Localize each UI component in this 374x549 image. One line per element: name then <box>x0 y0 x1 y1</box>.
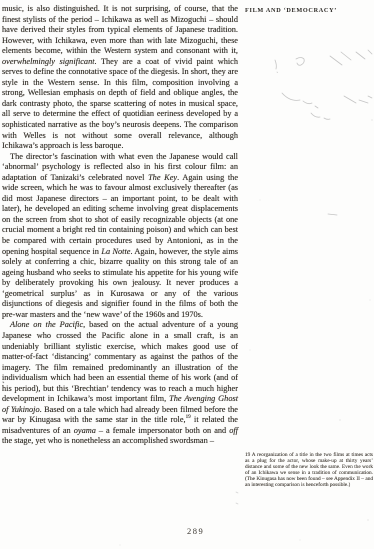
page-number: 289 <box>187 526 204 536</box>
pencil-scribble <box>275 60 278 73</box>
scanned-book-page: FILM AND ‘DEMOCRACY’ music, is also dist… <box>0 0 374 549</box>
paragraph: Alone on the Pacific, based on the actua… <box>2 320 238 447</box>
pencil-scribble <box>330 50 372 65</box>
pencil-scribble <box>311 113 330 119</box>
footnote-19: 19 A reorganization of a title in the tw… <box>245 452 373 488</box>
pencil-speck <box>236 492 238 504</box>
running-head: FILM AND ‘DEMOCRACY’ <box>245 7 337 14</box>
paragraph: The director’s fascination with what eve… <box>2 152 238 321</box>
pencil-scribble <box>296 58 304 66</box>
paragraph: music, is also distinguished. It is not … <box>2 4 238 152</box>
pencil-scribble <box>344 96 372 103</box>
body-text: music, is also distinguished. It is not … <box>2 4 238 447</box>
pencil-scribble <box>282 93 318 108</box>
pencil-dash <box>328 214 337 215</box>
